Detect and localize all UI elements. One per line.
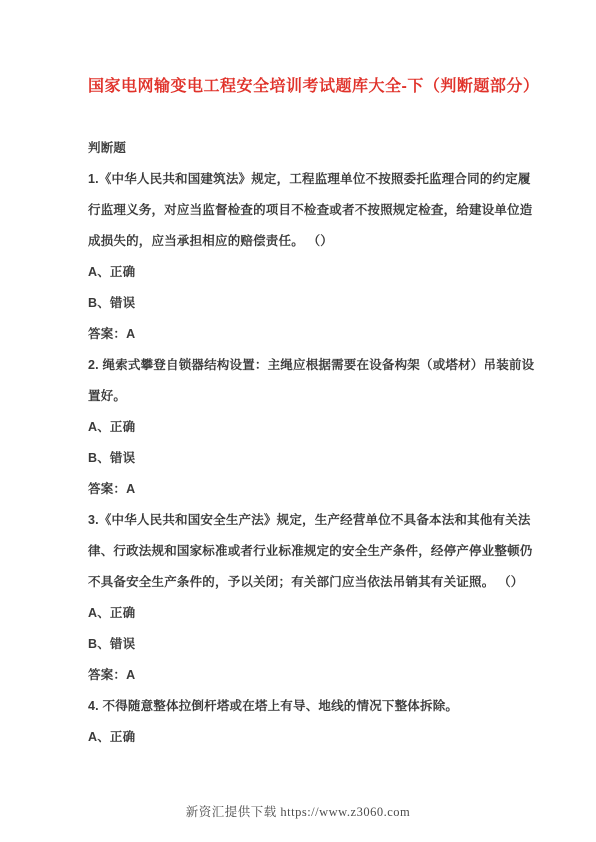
question-3-option-b: B、错误 <box>88 629 556 660</box>
question-2-answer: 答案：A <box>88 474 556 505</box>
question-3-line-3: 不具备安全生产条件的，予以关闭；有关部门应当依法吊销其有关证照。 （） <box>88 567 556 598</box>
question-2-line-2: 置好。 <box>88 381 556 412</box>
question-3-line-1: 3.《中华人民共和国安全生产法》规定，生产经营单位不具备本法和其他有关法 <box>88 505 556 536</box>
section-heading: 判断题 <box>88 133 556 164</box>
question-4-option-a: A、正确 <box>88 722 556 753</box>
question-3-answer: 答案：A <box>88 660 556 691</box>
question-2: 2. 绳索式攀登自锁器结构设置：主绳应根据需要在设备构架（或塔材）吊装前设 置好… <box>88 350 556 505</box>
question-1-line-1: 1.《中华人民共和国建筑法》规定，工程监理单位不按照委托监理合同的约定履 <box>88 164 556 195</box>
footer-note: 新资汇提供下载 https://www.z3060.com <box>0 803 596 821</box>
footer-text: 新资汇提供下载 https://www.z3060.com <box>186 805 410 819</box>
page-title: 国家电网输变电工程安全培训考试题库大全-下（判断题部分） <box>88 76 539 98</box>
document-page: 国家电网输变电工程安全培训考试题库大全-下（判断题部分） 判断题 1.《中华人民… <box>0 0 596 842</box>
document-body: 判断题 1.《中华人民共和国建筑法》规定，工程监理单位不按照委托监理合同的约定履… <box>88 133 556 753</box>
question-1-line-3: 成损失的，应当承担相应的赔偿责任。 （） <box>88 226 556 257</box>
question-3-option-a: A、正确 <box>88 598 556 629</box>
question-2-option-a: A、正确 <box>88 412 556 443</box>
question-4-line-1: 4. 不得随意整体拉倒杆塔或在塔上有导、地线的情况下整体拆除。 <box>88 691 556 722</box>
question-1-line-2: 行监理义务，对应当监督检查的项目不检查或者不按照规定检查，给建设单位造 <box>88 195 556 226</box>
question-4: 4. 不得随意整体拉倒杆塔或在塔上有导、地线的情况下整体拆除。 A、正确 <box>88 691 556 753</box>
question-1-option-a: A、正确 <box>88 257 556 288</box>
question-1-option-b: B、错误 <box>88 288 556 319</box>
question-1: 1.《中华人民共和国建筑法》规定，工程监理单位不按照委托监理合同的约定履 行监理… <box>88 164 556 350</box>
question-1-answer: 答案：A <box>88 319 556 350</box>
question-3: 3.《中华人民共和国安全生产法》规定，生产经营单位不具备本法和其他有关法 律、行… <box>88 505 556 691</box>
question-2-line-1: 2. 绳索式攀登自锁器结构设置：主绳应根据需要在设备构架（或塔材）吊装前设 <box>88 350 556 381</box>
question-3-line-2: 律、行政法规和国家标准或者行业标准规定的安全生产条件，经停产停业整顿仍 <box>88 536 556 567</box>
question-2-option-b: B、错误 <box>88 443 556 474</box>
